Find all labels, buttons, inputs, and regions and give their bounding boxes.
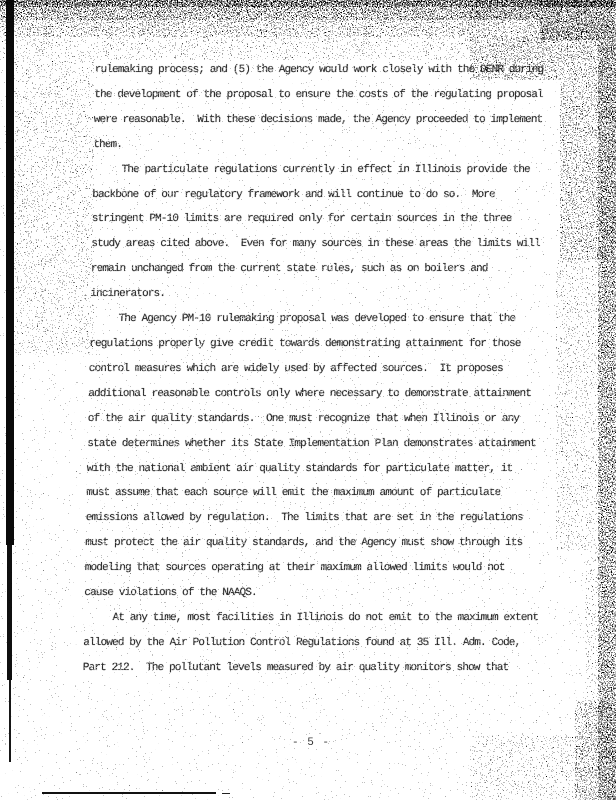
scan-edge-line-bottom bbox=[9, 680, 11, 762]
scanned-document-page: rulemaking process; and (5) the Agency w… bbox=[0, 0, 616, 800]
scan-edge-bar-middle bbox=[7, 545, 12, 680]
scan-edge-bar-top bbox=[6, 0, 14, 545]
page-number: - 5 - bbox=[292, 737, 330, 749]
bottom-rule-line bbox=[42, 792, 216, 794]
paragraph-particulate-regulations: The particulate regulations currently in… bbox=[90, 158, 573, 307]
document-text-block: rulemaking process; and (5) the Agency w… bbox=[83, 58, 575, 681]
paragraph-rulemaking-process: rulemaking process; and (5) the Agency w… bbox=[93, 58, 575, 158]
paragraph-pm10-rulemaking-proposal: The Agency PM-10 rulemaking proposal was… bbox=[84, 307, 570, 606]
paragraph-at-any-time: At any time, most facilities in Illinois… bbox=[83, 606, 564, 681]
bottom-rule-dot bbox=[222, 793, 230, 794]
